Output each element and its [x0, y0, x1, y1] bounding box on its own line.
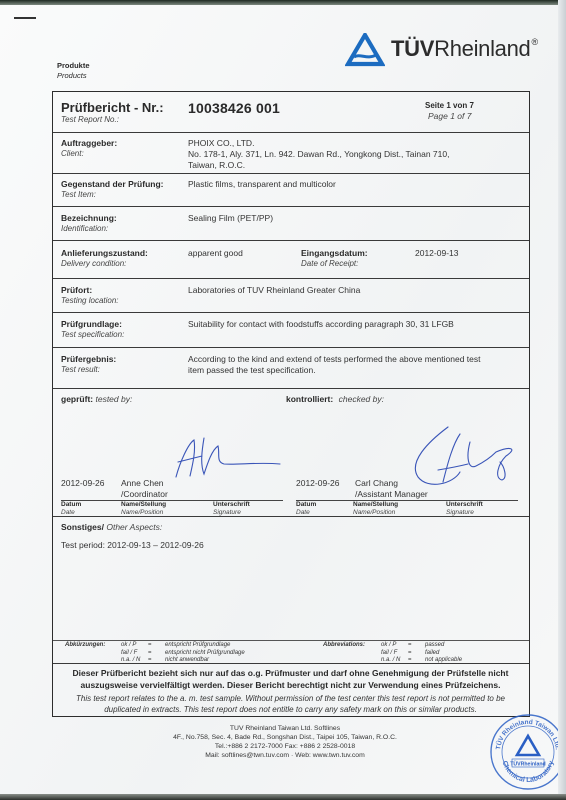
tester-col-signature: Unterschrift Signature [213, 501, 250, 517]
receipt-label-de: Eingangsdatum: [301, 248, 368, 259]
notice-de: Dieser Prüfbericht bezieht sich nur auf … [53, 667, 528, 691]
test-item-value: Plastic films, transparent and multicolo… [188, 179, 336, 190]
notice-en: This test report relates to the a. m. te… [49, 693, 532, 715]
delivery-label-en: Delivery condition: [61, 259, 126, 269]
test-period: Test period: 2012-09-13 – 2012-09-26 [61, 540, 204, 551]
tester-signature [168, 432, 288, 482]
department-en: Products [57, 71, 90, 81]
identification-value: Sealing Film (PET/PP) [188, 213, 273, 224]
document-page: Produkte Products TÜVRheinland® Prüfberi… [0, 0, 560, 794]
divider [53, 206, 529, 207]
checker-col-name: Name/Stellung Name/Position [353, 501, 398, 517]
specification-label-de: Prüfgrundlage: [61, 319, 122, 330]
client-name: PHOIX CO., LTD. [188, 138, 449, 149]
abbreviations-label-en: Abbreviations: [323, 642, 365, 650]
report-form: Prüfbericht - Nr.: Test Report No.: 1003… [52, 91, 530, 717]
identification-label-de: Bezeichnung: [61, 213, 117, 224]
result-label-en: Test result: [61, 365, 100, 375]
location-label-de: Prüfort: [61, 285, 92, 296]
signature-line-checker [296, 500, 518, 501]
divider [53, 640, 529, 641]
result-value: According to the kind and extend of test… [188, 354, 481, 376]
client-label-en: Client: [61, 149, 84, 159]
report-number: 10038426 001 [188, 100, 280, 116]
specification-label-en: Test specification: [61, 330, 124, 340]
client-address-1: No. 178-1, Aly. 371, Ln. 942. Dawan Rd.,… [188, 149, 449, 160]
corner-mark [14, 17, 36, 19]
page-indicator-en: Page 1 of 7 [428, 111, 471, 121]
page-indicator-de: Seite 1 von 7 [425, 100, 474, 111]
divider [53, 388, 529, 389]
tester-name: Anne Chen /Coordinator [121, 478, 168, 500]
scan-edge-bottom [0, 794, 566, 800]
abbreviations-en-meanings: passed failed not applicable [425, 642, 462, 665]
divider [53, 278, 529, 279]
tuv-triangle-icon [345, 33, 385, 67]
receipt-value: 2012-09-13 [415, 248, 458, 259]
checker-col-date: Datum Date [296, 501, 316, 517]
abbreviations-de-eq: = = = [148, 642, 152, 665]
department: Produkte Products [57, 61, 90, 81]
delivery-label-de: Anlieferungszustand: [61, 248, 148, 259]
laboratory-stamp: TÜV Rheinland Taiwan Ltd. Chemical Labor… [488, 712, 566, 792]
client-value: PHOIX CO., LTD. No. 178-1, Aly. 371, Ln.… [188, 138, 449, 171]
other-aspects-label: Sonstiges/ Other Aspects: [61, 522, 162, 532]
client-address-2: Taiwan, R.O.C. [188, 160, 449, 171]
scan-edge-right [558, 0, 566, 800]
checker-date: 2012-09-26 [296, 478, 339, 489]
tester-col-name: Name/Stellung Name/Position [121, 501, 166, 517]
divider [53, 173, 529, 174]
report-title-de: Prüfbericht - Nr.: [61, 100, 164, 115]
test-item-label-de: Gegenstand der Prüfung: [61, 179, 163, 190]
specification-value: Suitability for contact with foodstuffs … [188, 319, 454, 330]
location-label-en: Testing location: [61, 296, 119, 306]
receipt-label-en: Date of Receipt: [301, 259, 358, 269]
stamp-brand: TÜVRheinland [510, 761, 545, 768]
report-title-en: Test Report No.: [61, 115, 119, 125]
checker-name: Carl Chang /Assistant Manager [355, 478, 428, 500]
divider [53, 312, 529, 313]
abbreviations-de-meanings: entspricht Prüfgrundlage entspricht nich… [165, 642, 245, 665]
tested-by-label: geprüft: tested by: [61, 394, 132, 404]
divider [53, 240, 529, 241]
scan-edge-top [0, 0, 566, 5]
tuv-rheinland-logo: TÜVRheinland® [345, 33, 545, 67]
delivery-value: apparent good [188, 248, 243, 259]
divider [53, 347, 529, 348]
tester-date: 2012-09-26 [61, 478, 104, 489]
checker-col-signature: Unterschrift Signature [446, 501, 483, 517]
stamp-triangle-icon [517, 736, 539, 755]
abbreviations-en-codes: ok / P fail / F n.a. / N [381, 642, 400, 665]
divider [53, 132, 529, 133]
abbreviations-de-codes: ok / P fail / F n.a. / N [121, 642, 140, 665]
client-label-de: Auftraggeber: [61, 138, 117, 149]
department-de: Produkte [57, 61, 90, 71]
abbreviations-en-eq: = = = [408, 642, 412, 665]
checked-by-label: kontrolliert: checked by: [286, 394, 384, 404]
footer-address: TUV Rheinland Taiwan Ltd. Softlines 4F.,… [120, 724, 450, 760]
result-label-de: Prüfergebnis: [61, 354, 116, 365]
location-value: Laboratories of TUV Rheinland Greater Ch… [188, 285, 360, 296]
tester-col-date: Datum Date [61, 501, 81, 517]
test-item-label-en: Test Item: [61, 190, 96, 200]
abbreviations-label-de: Abkürzungen: [65, 642, 105, 650]
identification-label-en: Identification: [61, 224, 108, 234]
logo-wordmark: TÜVRheinland® [391, 36, 538, 62]
